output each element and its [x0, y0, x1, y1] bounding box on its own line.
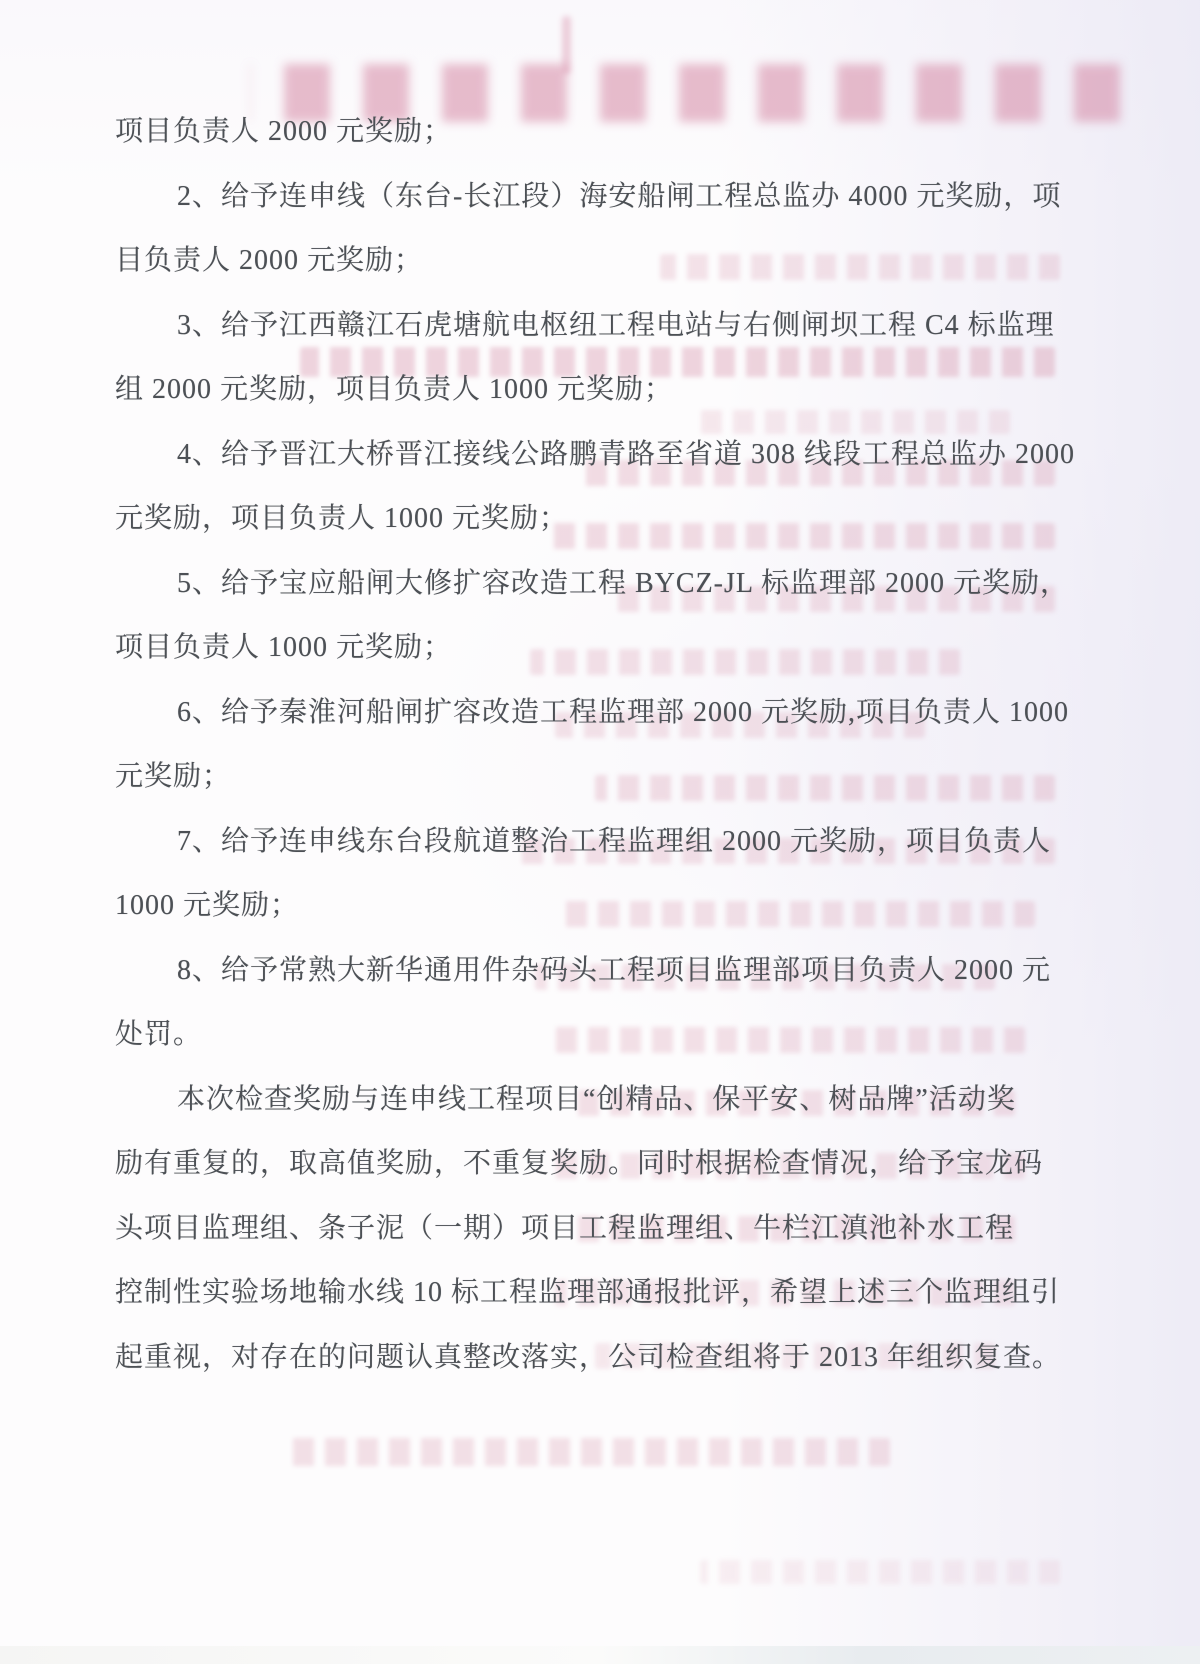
- bleedthrough-stroke: [562, 16, 571, 74]
- document-line: 项目负责人 1000 元奖励；: [115, 616, 1065, 681]
- document-line: 头项目监理组、条子泥（一期）项目工程监理组、牛栏江滇池补水工程: [115, 1197, 1065, 1262]
- document-line: 1000 元奖励；: [115, 874, 1065, 939]
- document-line: 元奖励；: [115, 745, 1065, 810]
- document-line: 处罚。: [115, 1003, 1065, 1068]
- document-line: 控制性实验场地输水线 10 标工程监理部通报批评，希望上述三个监理组引: [115, 1261, 1065, 1326]
- document-line: 5、给予宝应船闸大修扩容改造工程 BYCZ-JL 标监理部 2000 元奖励，: [115, 552, 1065, 617]
- document-line: 元奖励，项目负责人 1000 元奖励；: [115, 487, 1065, 552]
- document-line: 目负责人 2000 元奖励；: [115, 229, 1065, 294]
- document-line: 6、给予秦淮河船闸扩容改造工程监理部 2000 元奖励,项目负责人 1000: [115, 681, 1065, 746]
- document-line: 励有重复的，取高值奖励，不重复奖励。同时根据检查情况，给予宝龙码: [115, 1132, 1065, 1197]
- page-edge-shadow: [0, 1646, 1200, 1664]
- document-line: 起重视，对存在的问题认真整改落实，公司检查组将于 2013 年组织复查。: [115, 1326, 1065, 1391]
- document-body: 项目负责人 2000 元奖励；2、给予连申线（东台-长江段）海安船闸工程总监办 …: [115, 100, 1065, 1390]
- document-line: 2、给予连申线（东台-长江段）海安船闸工程总监办 4000 元奖励，项: [115, 165, 1065, 230]
- document-line: 组 2000 元奖励，项目负责人 1000 元奖励；: [115, 358, 1065, 423]
- document-line: 7、给予连申线东台段航道整治工程监理组 2000 元奖励，项目负责人: [115, 810, 1065, 875]
- document-line: 3、给予江西赣江石虎塘航电枢纽工程电站与右侧闸坝工程 C4 标监理: [115, 294, 1065, 359]
- bleedthrough-line: [290, 1438, 890, 1466]
- document-line: 项目负责人 2000 元奖励；: [115, 100, 1065, 165]
- document-line: 8、给予常熟大新华通用件杂码头工程项目监理部项目负责人 2000 元: [115, 939, 1065, 1004]
- bleedthrough-line: [700, 1560, 1060, 1584]
- document-line: 4、给予晋江大桥晋江接线公路鹏青路至省道 308 线段工程总监办 2000: [115, 423, 1065, 488]
- document-line: 本次检查奖励与连申线工程项目“创精品、保平安、树品牌”活动奖: [115, 1068, 1065, 1133]
